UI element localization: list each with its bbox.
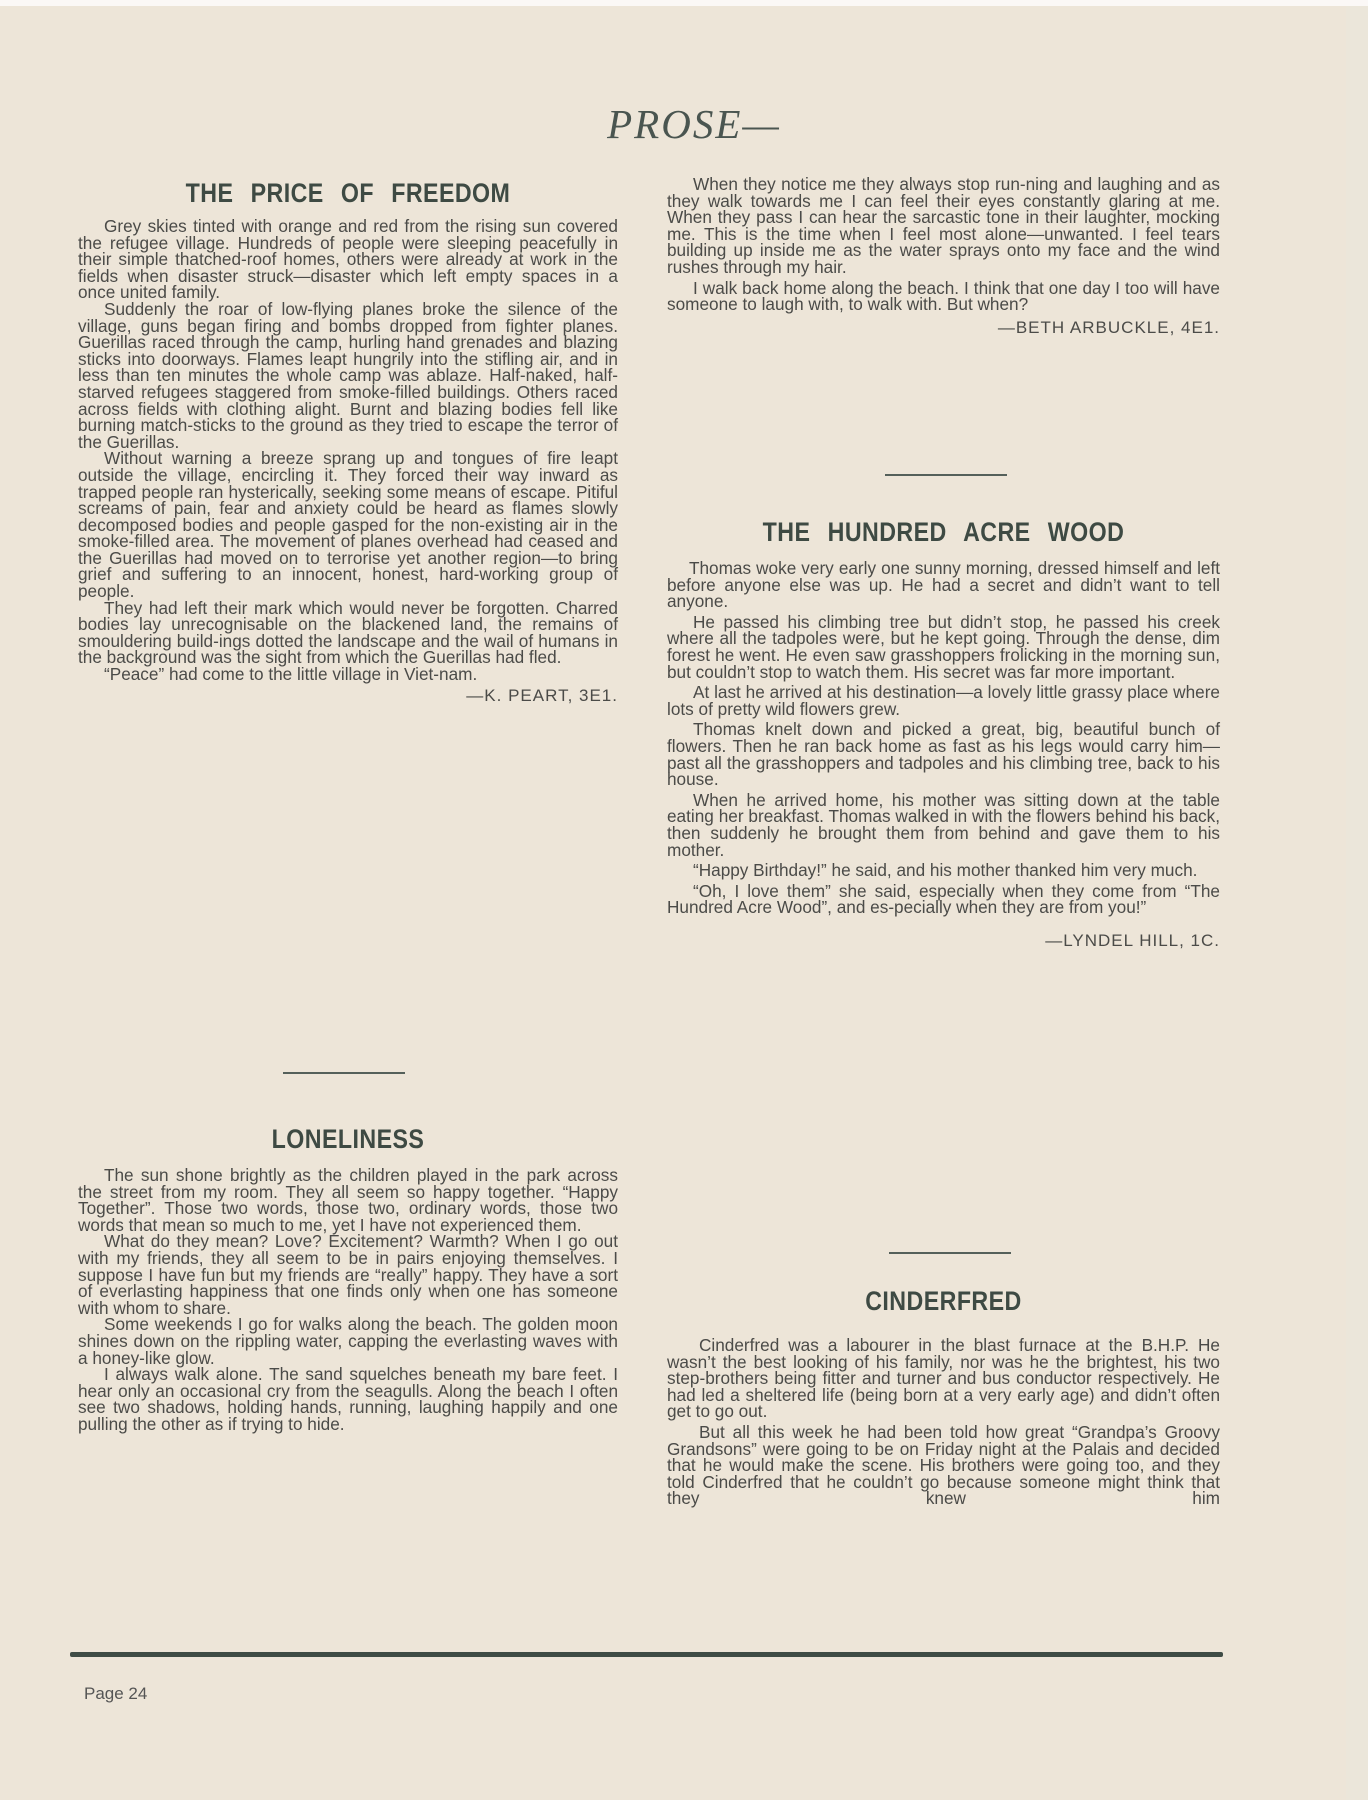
paragraph: Thomas woke very early one sunny morning… bbox=[667, 560, 1220, 610]
paragraph: I walk back home along the beach. I thin… bbox=[667, 280, 1220, 313]
story-title: THE HUNDRED ACRE WOOD bbox=[706, 517, 1182, 548]
paragraph: Thomas knelt down and picked a great, bi… bbox=[667, 721, 1220, 787]
story-cinderfred: CINDERFRED Cinderfred was a labourer in … bbox=[667, 1286, 1220, 1507]
section-title: PROSE— bbox=[0, 100, 1368, 148]
paragraph: Grey skies tinted with orange and red fr… bbox=[78, 218, 618, 301]
paragraph: What do they mean? Love? Excitement? War… bbox=[78, 1233, 618, 1316]
story-loneliness-continued: When they notice me they always stop run… bbox=[667, 176, 1220, 337]
paragraph: Some weekends I go for walks along the b… bbox=[78, 1316, 618, 1366]
story-price-of-freedom: THE PRICE OF FREEDOM Grey skies tinted w… bbox=[78, 178, 618, 705]
paragraph: Without warning a breeze sprang up and t… bbox=[78, 450, 618, 599]
paragraph: But all this week he had been told how g… bbox=[667, 1424, 1220, 1507]
paragraph: When he arrived home, his mother was sit… bbox=[667, 792, 1220, 858]
paragraph: “Happy Birthday!” he said, and his mothe… bbox=[667, 862, 1220, 879]
story-title: LONELINESS bbox=[116, 1124, 580, 1155]
story-loneliness: LONELINESS The sun shone brightly as the… bbox=[78, 1124, 618, 1433]
paragraph: At last he arrived at his destination—a … bbox=[667, 684, 1220, 717]
section-divider bbox=[885, 474, 1007, 476]
paragraph: He passed his climbing tree but didn’t s… bbox=[667, 614, 1220, 680]
page-number: Page 24 bbox=[84, 1684, 147, 1704]
section-divider bbox=[889, 1252, 1011, 1254]
story-hundred-acre-wood: THE HUNDRED ACRE WOOD Thomas woke very e… bbox=[667, 517, 1220, 950]
story-title: THE PRICE OF FREEDOM bbox=[116, 178, 580, 209]
story-title: CINDERFRED bbox=[706, 1286, 1182, 1317]
author-signature: —K. PEART, 3E1. bbox=[78, 687, 618, 705]
paragraph: They had left their mark which would nev… bbox=[78, 600, 618, 666]
scan-top-edge bbox=[0, 0, 1368, 6]
paragraph: “Peace” had come to the little village i… bbox=[78, 666, 618, 683]
paragraph: When they notice me they always stop run… bbox=[667, 176, 1220, 276]
author-signature: —LYNDEL HILL, 1C. bbox=[667, 932, 1220, 950]
scan-right-edge bbox=[1346, 6, 1368, 1800]
paragraph: I always walk alone. The sand squelches … bbox=[78, 1366, 618, 1432]
paragraph: “Oh, I love them” she said, especially w… bbox=[667, 883, 1220, 916]
paragraph: Suddenly the roar of low-flying planes b… bbox=[78, 301, 618, 450]
paragraph: Cinderfred was a labourer in the blast f… bbox=[667, 1337, 1220, 1420]
bottom-rule bbox=[70, 1652, 1223, 1657]
section-divider bbox=[283, 1072, 405, 1074]
author-signature: —BETH ARBUCKLE, 4E1. bbox=[667, 319, 1220, 337]
paragraph: The sun shone brightly as the children p… bbox=[78, 1167, 618, 1233]
